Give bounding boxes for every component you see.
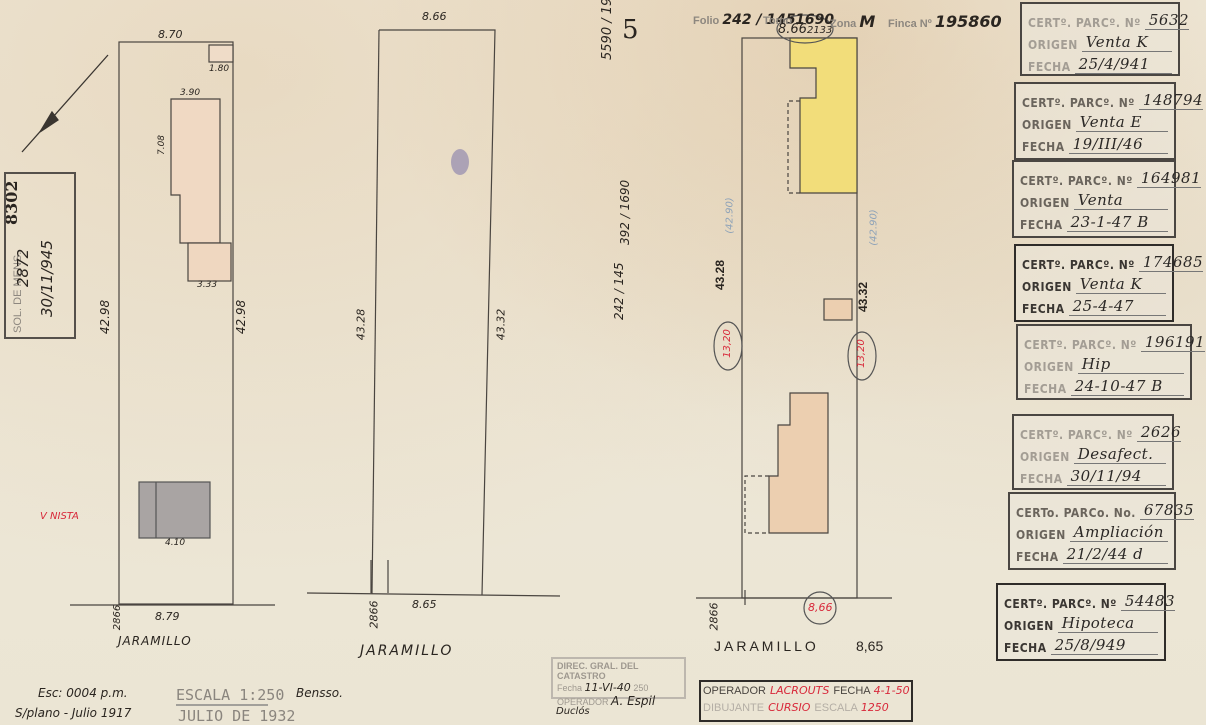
cert-number: 67835	[1140, 501, 1194, 520]
cert-fecha: 30/11/94	[1067, 467, 1166, 486]
left-dim-1: 1.80	[209, 64, 229, 74]
right-street-number: 2866	[708, 603, 721, 631]
middle-depth-right: 43.32	[494, 309, 507, 341]
left-dim-3: 7.08	[157, 135, 167, 155]
cert-number: 148794	[1139, 91, 1203, 110]
operator-fecha: 4-1-50	[874, 684, 910, 697]
cert-origen: Venta K	[1076, 275, 1166, 294]
certificate-stamp-1: CERTº. PARCº. Nº5632 ORIGENVenta K FECHA…	[1020, 2, 1180, 76]
margin-note-finca: 5590 / 195860	[600, 0, 615, 60]
cert-fecha: 21/2/44 d	[1063, 545, 1168, 564]
left-front-width: 8.79	[155, 610, 180, 623]
cert-fecha: 24-10-47 B	[1071, 377, 1184, 396]
catastro-note: Duclós	[556, 706, 590, 717]
header-finca: Finca Nº 195860	[888, 12, 1002, 31]
cert-fecha: 25/4/941	[1075, 55, 1172, 74]
certificate-stamp-8: CERTº. PARCº. Nº54483 ORIGENHipoteca FEC…	[996, 583, 1166, 661]
cert-fecha: 19/III/46	[1069, 135, 1168, 154]
catastro-operador: A. Espil	[611, 694, 655, 708]
certificate-stamp-3: CERTº. PARCº. Nº164981 ORIGENVenta FECHA…	[1012, 160, 1176, 238]
cert-number: 164981	[1137, 169, 1201, 188]
certificate-stamp-4: CERTº. PARCº. Nº174685 ORIGENVenta K FEC…	[1014, 244, 1174, 322]
margin-note-folio: 242 / 145	[612, 263, 626, 320]
left-depth-right: 42.98	[234, 300, 248, 334]
middle-street-number: 2866	[368, 601, 381, 629]
right-street-measure: 8,65	[856, 638, 883, 654]
middle-street-name: JARAMILLO	[360, 643, 453, 659]
operator-name: LACROUTS	[770, 684, 829, 697]
scale-note: Esc: 0004 p.m.	[38, 686, 128, 700]
left-depth-left: 42.98	[98, 300, 112, 334]
cert-fecha: 23-1-47 B	[1067, 213, 1168, 232]
left-red-note: V NISTA	[40, 511, 79, 522]
right-depth-right: 43.32	[856, 282, 870, 312]
dibujante-name: CURSIO	[768, 701, 810, 714]
middle-depth-left: 43.28	[354, 309, 367, 341]
top-measure-right: 8.662133	[778, 22, 832, 37]
cert-number: 174685	[1139, 253, 1203, 272]
catastro-fecha: 11-VI-40	[585, 681, 631, 694]
cert-origen: Hip	[1078, 355, 1184, 374]
catastro-stamp: DIREC. GRAL. DEL CATASTRO Fecha 11-VI-40…	[551, 657, 686, 699]
signature: Bensso.	[296, 686, 343, 700]
header-zona: Zona M	[830, 12, 875, 31]
cert-fecha: 25/8/949	[1051, 636, 1158, 655]
middle-front-width: 8.65	[412, 598, 437, 611]
cert-number: 196191	[1141, 333, 1205, 352]
cert-origen: Hipoteca	[1058, 614, 1158, 633]
right-front-red-circle: 8,66	[808, 601, 833, 614]
right-depth-right-old: (42.90)	[869, 209, 880, 245]
folio-label: Folio	[693, 15, 719, 27]
solicitud-fecha: 30/11/945	[38, 240, 56, 317]
certificate-stamp-5: CERTº. PARCº. Nº196191 ORIGENHip FECHA24…	[1016, 324, 1192, 400]
certificate-stamp-6: CERTº. PARCº. Nº2626 ORIGENDesafect. FEC…	[1012, 414, 1174, 490]
date-stamp: JULIO DE 1932	[178, 707, 295, 725]
scale-stamp: ESCALA 1:250	[176, 686, 284, 704]
solicitud-number: 2872	[14, 249, 32, 287]
zona-label: Zona	[830, 18, 856, 30]
right-right-red-circle: 13,20	[856, 339, 867, 368]
certificate-stamp-7: CERTo. PARCo. No.67835 ORIGENAmpliación …	[1008, 492, 1176, 570]
source-note: S/plano - Julio 1917	[15, 706, 131, 720]
sheet-number: 5	[622, 15, 639, 45]
left-street-name: JARAMILLO	[118, 634, 192, 648]
operator-stamp: OPERADORLACROUTSFECHA4-1-50 DIBUJANTECUR…	[703, 684, 909, 720]
finca-value: 195860	[935, 12, 1002, 31]
solicitud-stamp: SOL. DE MENS. 2872 30/11/945	[4, 172, 76, 339]
zona-value: M	[859, 12, 875, 31]
cert-number: 2626	[1137, 423, 1181, 442]
operator-escala: 1250	[861, 701, 889, 714]
cert-origen: Ampliación	[1070, 523, 1168, 542]
left-top-width: 8.70	[158, 28, 183, 41]
cert-fecha: 25-4-47	[1069, 297, 1166, 316]
cert-origen: Venta E	[1076, 113, 1168, 132]
left-dim-2: 3.90	[180, 88, 200, 98]
right-left-red-circle: 13,20	[722, 329, 733, 358]
north-arrow-icon	[22, 55, 108, 152]
certificate-stamp-2: CERTº. PARCº. Nº148794 ORIGENVenta E FEC…	[1014, 82, 1176, 160]
finca-label: Finca Nº	[888, 18, 932, 30]
catastro-title: DIREC. GRAL. DEL CATASTRO	[557, 661, 680, 681]
cert-number: 54483	[1121, 592, 1175, 611]
left-dim-7: 3.33	[197, 280, 217, 290]
left-street-number: 2866	[112, 605, 123, 630]
cert-origen: Venta K	[1082, 33, 1172, 52]
middle-top-width: 8.66	[422, 10, 447, 23]
right-depth-left: 43.28	[713, 260, 727, 290]
cert-number: 5632	[1145, 11, 1189, 30]
margin-note-tomo: 392 / 1690	[618, 180, 632, 245]
cert-origen: Venta	[1074, 191, 1168, 210]
right-street-name: JARAMILLO	[714, 638, 819, 654]
right-depth-left-old: (42.90)	[725, 197, 736, 233]
cert-origen: Desafect.	[1074, 445, 1166, 464]
left-dim-gray: 4.10	[165, 538, 185, 548]
